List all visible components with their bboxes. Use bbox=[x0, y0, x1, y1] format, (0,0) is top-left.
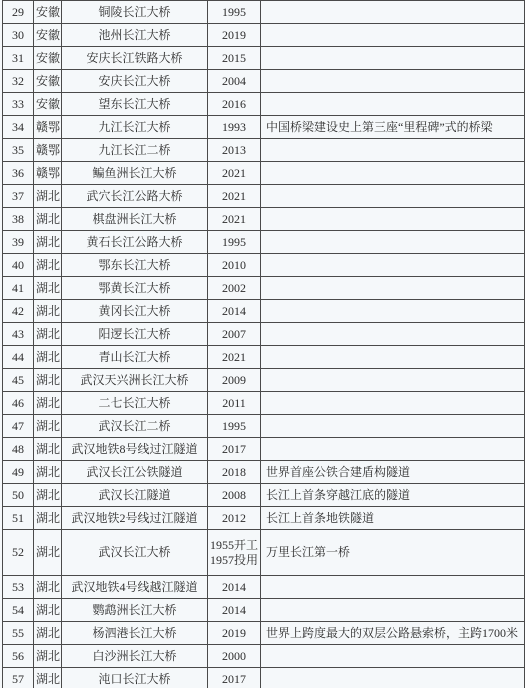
table-row: 52湖北武汉长江大桥1955开工 1957投用万里长江第一桥 bbox=[3, 530, 525, 576]
cell-name: 武汉地铁4号线越江隧道 bbox=[62, 576, 208, 599]
cell-name: 武汉地铁8号线过江隧道 bbox=[62, 438, 208, 461]
cell-name: 鹦鹉洲长江大桥 bbox=[62, 599, 208, 622]
cell-province: 赣鄂 bbox=[34, 116, 62, 139]
cell-province: 湖北 bbox=[34, 277, 62, 300]
cell-province: 赣鄂 bbox=[34, 162, 62, 185]
cell-note bbox=[261, 645, 525, 668]
cell-name: 武汉长江二桥 bbox=[62, 415, 208, 438]
cell-province: 湖北 bbox=[34, 231, 62, 254]
table-row: 35赣鄂九江长江二桥2013 bbox=[3, 139, 525, 162]
cell-no: 31 bbox=[3, 47, 34, 70]
cell-no: 33 bbox=[3, 93, 34, 116]
cell-name: 鳊鱼洲长江大桥 bbox=[62, 162, 208, 185]
cell-no: 38 bbox=[3, 208, 34, 231]
cell-note bbox=[261, 576, 525, 599]
cell-year: 2000 bbox=[208, 645, 261, 668]
cell-year: 2018 bbox=[208, 461, 261, 484]
table-row: 45湖北武汉天兴洲长江大桥2009 bbox=[3, 369, 525, 392]
cell-note: 中国桥梁建设史上第三座“里程碑”式的桥梁 bbox=[261, 116, 525, 139]
cell-note bbox=[261, 300, 525, 323]
cell-name: 二七长江大桥 bbox=[62, 392, 208, 415]
cell-name: 九江长江二桥 bbox=[62, 139, 208, 162]
table-row: 34赣鄂九江长江大桥1993中国桥梁建设史上第三座“里程碑”式的桥梁 bbox=[3, 116, 525, 139]
cell-note: 长江上首条地铁隧道 bbox=[261, 507, 525, 530]
table-row: 54湖北鹦鹉洲长江大桥2014 bbox=[3, 599, 525, 622]
cell-no: 50 bbox=[3, 484, 34, 507]
cell-name: 阳逻长江大桥 bbox=[62, 323, 208, 346]
cell-no: 41 bbox=[3, 277, 34, 300]
cell-year: 2009 bbox=[208, 369, 261, 392]
cell-no: 48 bbox=[3, 438, 34, 461]
cell-name: 沌口长江大桥 bbox=[62, 668, 208, 688]
cell-note bbox=[261, 70, 525, 93]
cell-name: 安庆长江铁路大桥 bbox=[62, 47, 208, 70]
cell-no: 32 bbox=[3, 70, 34, 93]
cell-year: 1993 bbox=[208, 116, 261, 139]
cell-note bbox=[261, 277, 525, 300]
cell-year: 2013 bbox=[208, 139, 261, 162]
cell-province: 湖北 bbox=[34, 392, 62, 415]
cell-no: 37 bbox=[3, 185, 34, 208]
cell-no: 47 bbox=[3, 415, 34, 438]
cell-name: 安庆长江大桥 bbox=[62, 70, 208, 93]
cell-no: 34 bbox=[3, 116, 34, 139]
cell-province: 湖北 bbox=[34, 254, 62, 277]
cell-note bbox=[261, 599, 525, 622]
cell-year: 2016 bbox=[208, 93, 261, 116]
cell-no: 30 bbox=[3, 24, 34, 47]
cell-province: 湖北 bbox=[34, 185, 62, 208]
cell-note bbox=[261, 369, 525, 392]
cell-note bbox=[261, 139, 525, 162]
cell-year: 2014 bbox=[208, 576, 261, 599]
cell-note bbox=[261, 415, 525, 438]
cell-province: 湖北 bbox=[34, 369, 62, 392]
cell-province: 赣鄂 bbox=[34, 139, 62, 162]
table-row: 43湖北阳逻长江大桥2007 bbox=[3, 323, 525, 346]
cell-year: 2019 bbox=[208, 24, 261, 47]
cell-no: 54 bbox=[3, 599, 34, 622]
cell-note: 世界上跨度最大的双层公路悬索桥，主跨1700米 bbox=[261, 622, 525, 645]
cell-province: 湖北 bbox=[34, 415, 62, 438]
cell-name: 白沙洲长江大桥 bbox=[62, 645, 208, 668]
table-row: 56湖北白沙洲长江大桥2000 bbox=[3, 645, 525, 668]
bridge-table-body: 29安徽铜陵长江大桥199530安徽池州长江大桥201931安徽安庆长江铁路大桥… bbox=[3, 1, 525, 688]
cell-no: 39 bbox=[3, 231, 34, 254]
cell-year: 1995 bbox=[208, 231, 261, 254]
cell-province: 湖北 bbox=[34, 300, 62, 323]
cell-province: 湖北 bbox=[34, 622, 62, 645]
cell-name: 武汉长江公铁隧道 bbox=[62, 461, 208, 484]
cell-no: 40 bbox=[3, 254, 34, 277]
table-row: 40湖北鄂东长江大桥2010 bbox=[3, 254, 525, 277]
table-row: 50湖北武汉长江隧道2008长江上首条穿越江底的隧道 bbox=[3, 484, 525, 507]
cell-note bbox=[261, 254, 525, 277]
cell-note: 万里长江第一桥 bbox=[261, 530, 525, 576]
cell-no: 53 bbox=[3, 576, 34, 599]
cell-province: 湖北 bbox=[34, 323, 62, 346]
cell-year: 2008 bbox=[208, 484, 261, 507]
cell-note bbox=[261, 323, 525, 346]
cell-province: 湖北 bbox=[34, 438, 62, 461]
cell-province: 安徽 bbox=[34, 1, 62, 24]
cell-no: 43 bbox=[3, 323, 34, 346]
cell-year: 2012 bbox=[208, 507, 261, 530]
cell-note bbox=[261, 93, 525, 116]
table-row: 39湖北黄石长江公路大桥1995 bbox=[3, 231, 525, 254]
cell-year: 2021 bbox=[208, 208, 261, 231]
cell-name: 武汉长江大桥 bbox=[62, 530, 208, 576]
yangtze-bridge-table: 29安徽铜陵长江大桥199530安徽池州长江大桥201931安徽安庆长江铁路大桥… bbox=[2, 0, 525, 688]
cell-name: 棋盘洲长江大桥 bbox=[62, 208, 208, 231]
cell-name: 池州长江大桥 bbox=[62, 24, 208, 47]
cell-province: 湖北 bbox=[34, 645, 62, 668]
cell-province: 湖北 bbox=[34, 576, 62, 599]
table-row: 29安徽铜陵长江大桥1995 bbox=[3, 1, 525, 24]
cell-no: 51 bbox=[3, 507, 34, 530]
cell-name: 杨泗港长江大桥 bbox=[62, 622, 208, 645]
table-row: 36赣鄂鳊鱼洲长江大桥2021 bbox=[3, 162, 525, 185]
cell-no: 56 bbox=[3, 645, 34, 668]
table-row: 47湖北武汉长江二桥1995 bbox=[3, 415, 525, 438]
cell-note bbox=[261, 47, 525, 70]
table-row: 49湖北武汉长江公铁隧道2018世界首座公铁合建盾构隧道 bbox=[3, 461, 525, 484]
table-row: 30安徽池州长江大桥2019 bbox=[3, 24, 525, 47]
cell-province: 湖北 bbox=[34, 346, 62, 369]
cell-year: 2015 bbox=[208, 47, 261, 70]
cell-province: 安徽 bbox=[34, 70, 62, 93]
cell-province: 湖北 bbox=[34, 507, 62, 530]
cell-note bbox=[261, 346, 525, 369]
cell-note: 世界首座公铁合建盾构隧道 bbox=[261, 461, 525, 484]
cell-year: 2017 bbox=[208, 438, 261, 461]
cell-note: 长江上首条穿越江底的隧道 bbox=[261, 484, 525, 507]
cell-province: 安徽 bbox=[34, 24, 62, 47]
table-row: 31安徽安庆长江铁路大桥2015 bbox=[3, 47, 525, 70]
table-row: 42湖北黄冈长江大桥2014 bbox=[3, 300, 525, 323]
cell-year: 2021 bbox=[208, 185, 261, 208]
cell-province: 湖北 bbox=[34, 530, 62, 576]
cell-year: 2017 bbox=[208, 668, 261, 688]
cell-name: 黄冈长江大桥 bbox=[62, 300, 208, 323]
cell-year: 2021 bbox=[208, 346, 261, 369]
cell-year: 1995 bbox=[208, 1, 261, 24]
cell-no: 35 bbox=[3, 139, 34, 162]
cell-note bbox=[261, 208, 525, 231]
cell-year: 2011 bbox=[208, 392, 261, 415]
cell-name: 黄石长江公路大桥 bbox=[62, 231, 208, 254]
cell-note bbox=[261, 162, 525, 185]
table-row: 53湖北武汉地铁4号线越江隧道2014 bbox=[3, 576, 525, 599]
cell-province: 湖北 bbox=[34, 599, 62, 622]
cell-year: 2021 bbox=[208, 162, 261, 185]
cell-no: 49 bbox=[3, 461, 34, 484]
cell-year: 1995 bbox=[208, 415, 261, 438]
cell-note bbox=[261, 231, 525, 254]
cell-no: 45 bbox=[3, 369, 34, 392]
cell-no: 29 bbox=[3, 1, 34, 24]
cell-province: 湖北 bbox=[34, 208, 62, 231]
table-row: 46湖北二七长江大桥2011 bbox=[3, 392, 525, 415]
cell-name: 武汉地铁2号线过江隧道 bbox=[62, 507, 208, 530]
cell-note bbox=[261, 185, 525, 208]
cell-note bbox=[261, 668, 525, 688]
table-row: 32安徽安庆长江大桥2004 bbox=[3, 70, 525, 93]
table-row: 51湖北武汉地铁2号线过江隧道2012长江上首条地铁隧道 bbox=[3, 507, 525, 530]
cell-name: 九江长江大桥 bbox=[62, 116, 208, 139]
cell-name: 青山长江大桥 bbox=[62, 346, 208, 369]
table-row: 44湖北青山长江大桥2021 bbox=[3, 346, 525, 369]
cell-province: 安徽 bbox=[34, 93, 62, 116]
cell-year: 2019 bbox=[208, 622, 261, 645]
cell-name: 鄂东长江大桥 bbox=[62, 254, 208, 277]
cell-no: 42 bbox=[3, 300, 34, 323]
cell-name: 鄂黄长江大桥 bbox=[62, 277, 208, 300]
cell-note bbox=[261, 438, 525, 461]
cell-note bbox=[261, 24, 525, 47]
cell-year: 1955开工 1957投用 bbox=[208, 530, 261, 576]
cell-note bbox=[261, 392, 525, 415]
cell-no: 36 bbox=[3, 162, 34, 185]
table-row: 33安徽望东长江大桥2016 bbox=[3, 93, 525, 116]
table-row: 38湖北棋盘洲长江大桥2021 bbox=[3, 208, 525, 231]
cell-no: 55 bbox=[3, 622, 34, 645]
cell-no: 57 bbox=[3, 668, 34, 688]
cell-name: 武汉天兴洲长江大桥 bbox=[62, 369, 208, 392]
cell-no: 46 bbox=[3, 392, 34, 415]
cell-year: 2002 bbox=[208, 277, 261, 300]
table-row: 57湖北沌口长江大桥2017 bbox=[3, 668, 525, 688]
cell-name: 武穴长江公路大桥 bbox=[62, 185, 208, 208]
cell-no: 52 bbox=[3, 530, 34, 576]
cell-province: 湖北 bbox=[34, 461, 62, 484]
cell-note bbox=[261, 1, 525, 24]
table-row: 48湖北武汉地铁8号线过江隧道2017 bbox=[3, 438, 525, 461]
cell-year: 2010 bbox=[208, 254, 261, 277]
table-row: 55湖北杨泗港长江大桥2019世界上跨度最大的双层公路悬索桥，主跨1700米 bbox=[3, 622, 525, 645]
cell-province: 湖北 bbox=[34, 484, 62, 507]
cell-name: 铜陵长江大桥 bbox=[62, 1, 208, 24]
cell-name: 望东长江大桥 bbox=[62, 93, 208, 116]
cell-year: 2004 bbox=[208, 70, 261, 93]
table-row: 41湖北鄂黄长江大桥2002 bbox=[3, 277, 525, 300]
cell-no: 44 bbox=[3, 346, 34, 369]
cell-province: 湖北 bbox=[34, 668, 62, 688]
cell-year: 2007 bbox=[208, 323, 261, 346]
cell-province: 安徽 bbox=[34, 47, 62, 70]
table-row: 37湖北武穴长江公路大桥2021 bbox=[3, 185, 525, 208]
cell-year: 2014 bbox=[208, 599, 261, 622]
cell-year: 2014 bbox=[208, 300, 261, 323]
cell-name: 武汉长江隧道 bbox=[62, 484, 208, 507]
